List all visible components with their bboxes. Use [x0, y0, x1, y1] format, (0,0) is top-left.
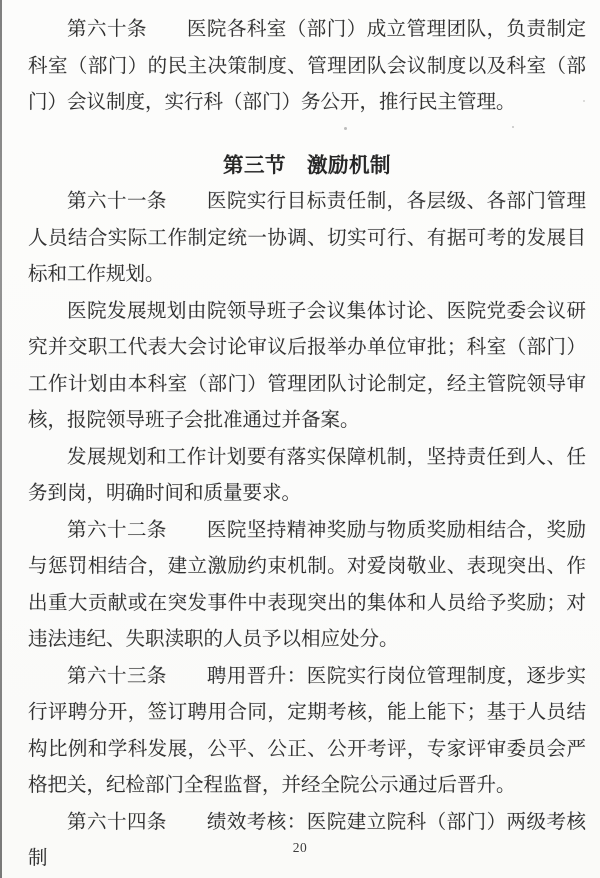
- scan-edge-artifact: [0, 0, 2, 878]
- paragraph: 医院发展规划由院领导班子会议集体讨论、医院党委会议研究并交职工代表大会讨论审议后…: [28, 294, 586, 440]
- document-body: 第六十条 医院各科室（部门）成立管理团队，负责制定科室（部门）的民主决策制度、管…: [28, 12, 586, 878]
- paragraph: 第六十二条 医院坚持精神奖励与物质奖励相结合，奖励与惩罚相结合，建立激励约束机制…: [28, 513, 586, 659]
- page-number: 20: [0, 840, 600, 856]
- paragraph: 第六十一条 医院实行目标责任制，各层级、各部门管理人员结合实际工作制定统一协调、…: [28, 184, 586, 294]
- page-background: 第六十条 医院各科室（部门）成立管理团队，负责制定科室（部门）的民主决策制度、管…: [0, 0, 600, 878]
- paragraph: 发展规划和工作计划要有落实保障机制，坚持责任到人、任务到岗，明确时间和质量要求。: [28, 440, 586, 513]
- paragraph: 第六十条 医院各科室（部门）成立管理团队，负责制定科室（部门）的民主决策制度、管…: [28, 12, 586, 122]
- scanned-document-page: { "page": { "blocks": [ { "type": "parag…: [0, 0, 600, 878]
- section-heading: 第三节 激励机制: [28, 148, 586, 185]
- paragraph: 第六十三条 聘用晋升：医院实行岗位管理制度，逐步实行评聘分开，签订聘用合同，定期…: [28, 659, 586, 805]
